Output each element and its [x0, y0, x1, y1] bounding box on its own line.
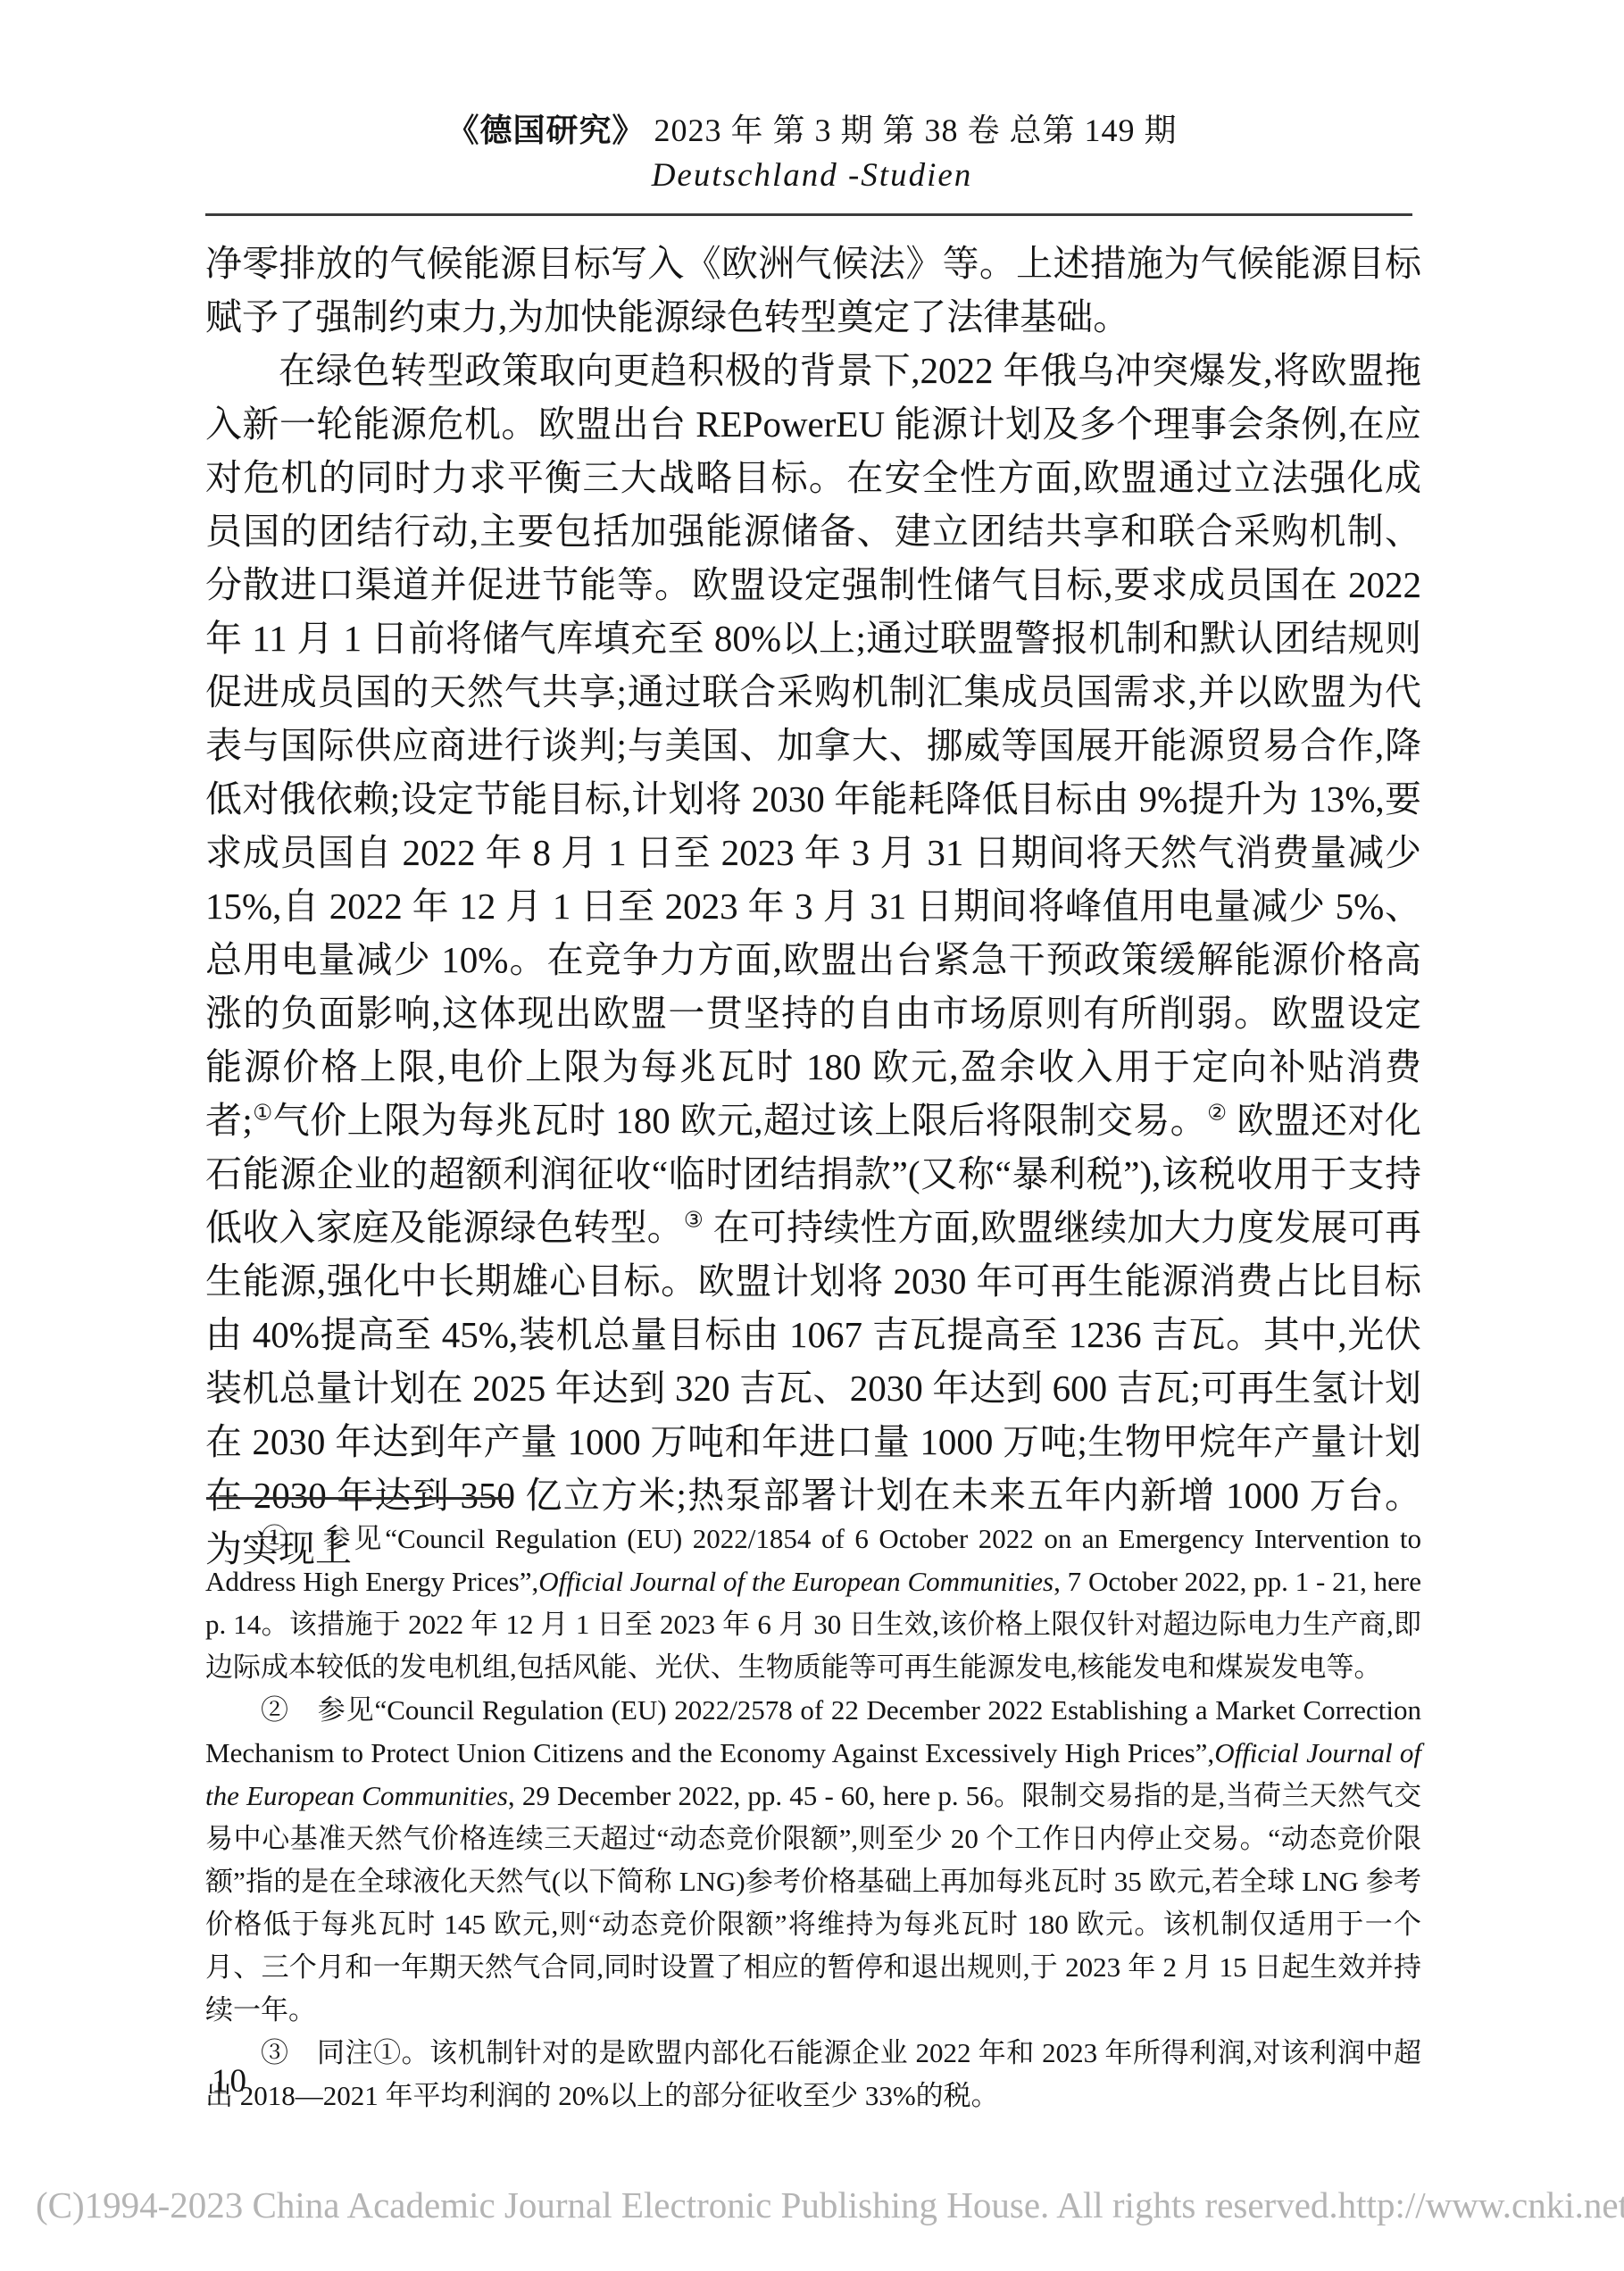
footnote-separator-rule: [206, 1497, 510, 1500]
footnote: ① 参见“Council Regulation (EU) 2022/1854 o…: [205, 1518, 1421, 1689]
document-page: 《德国研究》 2023 年 第 3 期 第 38 卷 总第 149 期 Deut…: [0, 0, 1624, 2271]
footnote: ② 参见“Council Regulation (EU) 2022/2578 o…: [205, 1689, 1421, 2032]
body-paragraph: 在绿色转型政策取向更趋积极的背景下,2022 年俄乌冲突爆发,将欧盟拖入新一轮能…: [205, 344, 1421, 1576]
footnotes-block: ① 参见“Council Regulation (EU) 2022/1854 o…: [205, 1518, 1421, 2117]
article-body: 净零排放的气候能源目标写入《欧洲气候法》等。上述措施为气候能源目标赋予了强制约束…: [205, 237, 1421, 1576]
body-paragraph: 净零排放的气候能源目标写入《欧洲气候法》等。上述措施为气候能源目标赋予了强制约束…: [205, 237, 1421, 344]
journal-title-cn: 《德国研究》: [446, 112, 645, 148]
footnote: ③ 同注①。该机制针对的是欧盟内部化石能源企业 2022 年和 2023 年所得…: [205, 2032, 1421, 2117]
footer-copyright: (C)1994-2023 China Academic Journal Elec…: [36, 2184, 1338, 2226]
footer-url: http://www.cnki.net: [1338, 2184, 1624, 2226]
journal-header-line: 《德国研究》 2023 年 第 3 期 第 38 卷 总第 149 期: [0, 111, 1624, 150]
journal-title-de: Deutschland -Studien: [0, 157, 1624, 195]
header-divider-rule: [205, 213, 1412, 216]
page-footer: (C)1994-2023 China Academic Journal Elec…: [36, 2184, 1589, 2226]
page-number: 10: [212, 2062, 248, 2100]
journal-issue-info: 2023 年 第 3 期 第 38 卷 总第 149 期: [654, 112, 1178, 148]
page-header: 《德国研究》 2023 年 第 3 期 第 38 卷 总第 149 期 Deut…: [0, 111, 1624, 195]
